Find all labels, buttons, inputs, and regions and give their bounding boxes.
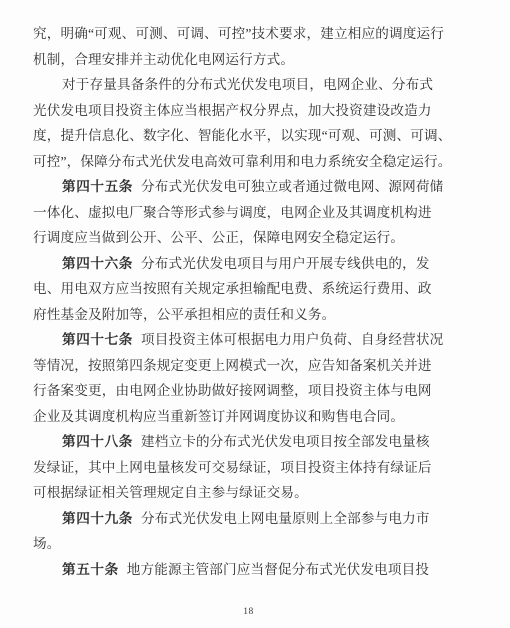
line-text: 光伏发电项目投资主体应当根据产权分界点，加大投资建设改造力 xyxy=(33,103,432,118)
text-line: 一体化、虚拟电厂聚合等形式参与调度，电网企业及其调度机构进 xyxy=(33,200,433,226)
text-line-article-47: 第四十七条项目投资主体可根据电力用户负荷、自身经营状况 xyxy=(33,327,433,353)
text-line-article-45: 第四十五条分布式光伏发电可独立或者通过微电网、源网荷储 xyxy=(33,174,433,200)
line-text: 项目投资主体可根据电力用户负荷、自身经营状况 xyxy=(141,332,443,347)
line-text: 电、用电双方应当按照有关规定承担输配电费、系统运行费用、政 xyxy=(33,281,432,296)
line-text: 对于存量具备条件的分布式光伏发电项目，电网企业、分布式 xyxy=(62,77,433,92)
text-line-article-50: 第五十条地方能源主管部门应当督促分布式光伏发电项目投 xyxy=(33,557,433,583)
line-text: 分布式光伏发电项目与用户开展专线供电的，发 xyxy=(141,256,430,271)
line-text: 机制，合理安排并主动优化电网运行方式。 xyxy=(33,52,294,67)
text-line-article-48: 第四十八条建档立卡的分布式光伏发电项目按全部发电量核 xyxy=(33,429,433,455)
text-line-article-49: 第四十九条分布式光伏发电上网电量原则上全部参与电力市 xyxy=(33,506,433,532)
article-number-label: 第四十七条 xyxy=(62,332,133,347)
document-page: 究，明确“可观、可测、可调、可控”技术要求，建立相应的调度运行 机制，合理安排并… xyxy=(0,0,510,628)
text-line: 电、用电双方应当按照有关规定承担输配电费、系统运行费用、政 xyxy=(33,276,433,302)
line-text: 场。 xyxy=(33,536,61,551)
line-text: 企业及其调度机构应当重新签订并网调度协议和购售电合同。 xyxy=(33,409,404,424)
line-text: 分布式光伏发电可独立或者通过微电网、源网荷储 xyxy=(141,179,443,194)
text-line: 机制，合理安排并主动优化电网运行方式。 xyxy=(33,47,433,73)
text-line: 可根据绿证相关管理规定自主参与绿证交易。 xyxy=(33,480,433,506)
line-text: 度，提升信息化、数字化、智能化水平，以实现“可观、可测、可调、 xyxy=(33,128,452,143)
text-line: 可控”，保障分布式光伏发电高效可靠利用和电力系统安全稳定运行。 xyxy=(33,149,433,175)
text-line: 对于存量具备条件的分布式光伏发电项目，电网企业、分布式 xyxy=(33,72,433,98)
text-line-article-46: 第四十六条分布式光伏发电项目与用户开展专线供电的，发 xyxy=(33,251,433,277)
text-line: 光伏发电项目投资主体应当根据产权分界点，加大投资建设改造力 xyxy=(33,98,433,124)
text-line: 场。 xyxy=(33,531,433,557)
article-number-label: 第四十五条 xyxy=(62,179,133,194)
page-number: 18 xyxy=(0,607,497,617)
line-text: 发绿证，其中上网电量核发可交易绿证，项目投资主体持有绿证后 xyxy=(33,460,432,475)
line-text: 行备案变更，由电网企业协助做好接网调整，项目投资主体与电网 xyxy=(33,383,432,398)
document-body: 究，明确“可观、可测、可调、可控”技术要求，建立相应的调度运行 机制，合理安排并… xyxy=(33,21,433,582)
article-number-label: 第四十八条 xyxy=(62,434,133,449)
text-line: 行调度应当做到公开、公平、公正，保障电网安全稳定运行。 xyxy=(33,225,433,251)
line-text: 行调度应当做到公开、公平、公正，保障电网安全稳定运行。 xyxy=(33,230,404,245)
text-line: 企业及其调度机构应当重新签订并网调度协议和购售电合同。 xyxy=(33,404,433,430)
line-text: 可根据绿证相关管理规定自主参与绿证交易。 xyxy=(33,485,308,500)
article-number-label: 第四十九条 xyxy=(62,511,133,526)
text-line: 发绿证，其中上网电量核发可交易绿证，项目投资主体持有绿证后 xyxy=(33,455,433,481)
article-number-label: 第四十六条 xyxy=(62,256,133,271)
line-text: 可控”，保障分布式光伏发电高效可靠利用和电力系统安全稳定运行。 xyxy=(33,154,452,169)
line-text: 分布式光伏发电上网电量原则上全部参与电力市 xyxy=(141,511,430,526)
text-line: 等情况，按照第四条规定变更上网模式一次，应告知备案机关并进 xyxy=(33,353,433,379)
line-text: 建档立卡的分布式光伏发电项目按全部发电量核 xyxy=(141,434,430,449)
line-text: 等情况，按照第四条规定变更上网模式一次，应告知备案机关并进 xyxy=(33,358,432,373)
line-text: 府性基金及附加等，公平承担相应的责任和义务。 xyxy=(33,307,335,322)
line-text: 一体化、虚拟电厂聚合等形式参与调度，电网企业及其调度机构进 xyxy=(33,205,432,220)
text-line: 度，提升信息化、数字化、智能化水平，以实现“可观、可测、可调、 xyxy=(33,123,433,149)
article-number-label: 第五十条 xyxy=(62,562,119,577)
text-line: 行备案变更，由电网企业协助做好接网调整，项目投资主体与电网 xyxy=(33,378,433,404)
line-text: 究，明确“可观、可测、可调、可控”技术要求，建立相应的调度运行 xyxy=(33,26,444,41)
line-text: 地方能源主管部门应当督促分布式光伏发电项目投 xyxy=(127,562,429,577)
text-line: 府性基金及附加等，公平承担相应的责任和义务。 xyxy=(33,302,433,328)
text-line: 究，明确“可观、可测、可调、可控”技术要求，建立相应的调度运行 xyxy=(33,21,433,47)
